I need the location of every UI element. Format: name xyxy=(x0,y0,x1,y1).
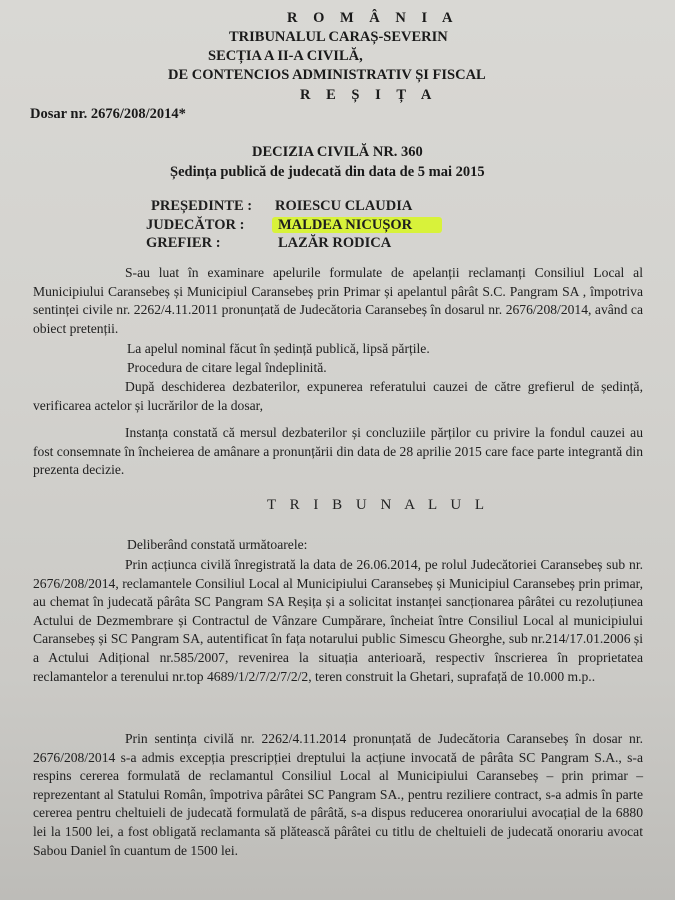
document-page: R O M Â N I A TRIBUNALUL CARAȘ-SEVERIN S… xyxy=(0,0,675,900)
intro-paragraph-5: Instanța constată că mersul dezbaterilor… xyxy=(33,424,643,480)
panel-name-clerk: LAZĂR RODICA xyxy=(278,235,391,252)
section-heading: T R I B U N A L U L xyxy=(267,497,489,514)
intro-paragraph-1: S-au luat în examinare apelurile formula… xyxy=(33,264,643,338)
city-heading: R E Ș I Ț A xyxy=(300,87,437,104)
country-heading: R O M Â N I A xyxy=(287,10,458,27)
file-number: Dosar nr. 2676/208/2014* xyxy=(30,106,186,123)
decision-title: DECIZIA CIVILĂ NR. 360 xyxy=(252,144,423,161)
session-date: Ședința publică de judecată din data de … xyxy=(170,164,485,181)
panel-role-president: PREȘEDINTE : xyxy=(151,198,252,215)
intro-paragraph-2: La apelul nominal făcut în ședință publi… xyxy=(127,341,430,357)
panel-name-president: ROIESCU CLAUDIA xyxy=(275,198,412,215)
body-paragraph-3: Prin sentința civilă nr. 2262/4.11.2014 … xyxy=(33,730,643,860)
intro-paragraph-4: După deschiderea dezbaterilor, expunerea… xyxy=(33,378,643,415)
body-paragraph-1: Deliberând constată următoarele: xyxy=(127,537,307,553)
section-name: SECȚIA A II-A CIVILĂ, xyxy=(208,48,363,65)
section-subtitle: DE CONTENCIOS ADMINISTRATIV ȘI FISCAL xyxy=(168,67,486,84)
body-paragraph-2: Prin acțiunca civilă înregistrată la dat… xyxy=(33,556,643,686)
panel-role-clerk: GREFIER : xyxy=(146,235,221,252)
intro-paragraph-3: Procedura de citare legal îndeplinită. xyxy=(127,360,327,376)
court-name: TRIBUNALUL CARAȘ-SEVERIN xyxy=(229,29,448,46)
highlighted-name: MALDEA NICUȘOR xyxy=(272,217,442,233)
panel-role-judge: JUDECĂTOR : xyxy=(146,217,244,234)
panel-name-judge: MALDEA NICUȘOR xyxy=(278,217,442,234)
